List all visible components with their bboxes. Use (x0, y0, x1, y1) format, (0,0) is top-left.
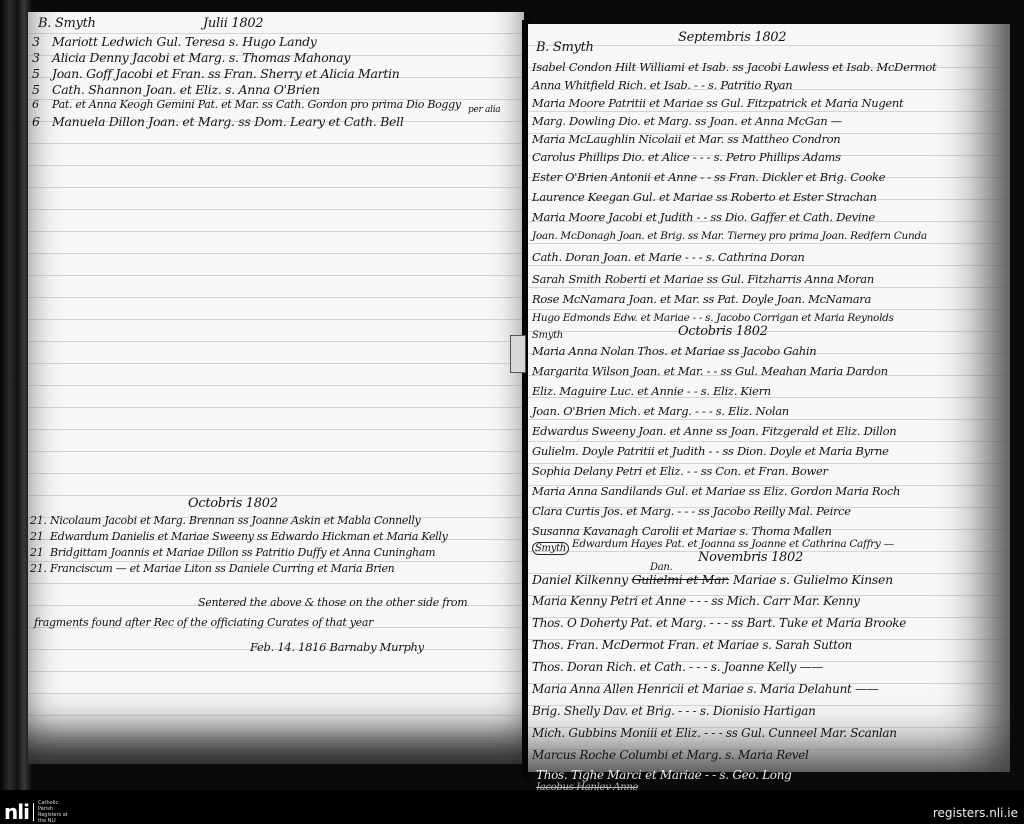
nli-logo[interactable]: nli Catholic Parish Registers at the NLI (4, 800, 74, 824)
site-url[interactable]: registers.nli.ie (933, 806, 1018, 820)
register-entry: Maria Anna Sandilands Gul. et Mariae ss … (532, 484, 900, 498)
register-entry: 21.Nicolaum Jacobi et Marg. Brennan ss J… (30, 514, 420, 527)
register-entry: 21Edwardum Danielis et Mariae Sweeny ss … (30, 530, 448, 543)
register-entry: 21Bridgittam Joannis et Mariae Dillon ss… (30, 546, 435, 559)
viewer-footer (0, 790, 1024, 824)
register-entry: Margarita Wilson Joan. et Mar. - - ss Gu… (532, 364, 888, 378)
register-entry: Eliz. Maguire Luc. et Annie - - s. Eliz.… (532, 384, 771, 398)
register-entry: 5Cath. Shannon Joan. et Eliz. s. Anna O'… (32, 82, 320, 97)
register-entry: Brig. Shelly Dav. et Brig. - - - s. Dion… (532, 704, 816, 718)
register-entry: Edwardum Hayes Pat. et Joanna ss Joanne … (572, 538, 894, 550)
register-entry: Thos. Doran Rich. et Cath. - - - s. Joan… (532, 660, 823, 674)
register-entry: Marg. Dowling Dio. et Marg. ss Joan. et … (532, 114, 842, 128)
register-entry: Sarah Smith Roberti et Mariae ss Gul. Fi… (532, 272, 874, 286)
register-entry: Mich. Gubbins Moniii et Eliz. - - - ss G… (532, 726, 897, 740)
register-entry: Isabel Condon Hilt Williami et Isab. ss … (532, 60, 936, 74)
register-entry: Maria Moore Patritii et Mariae ss Gul. F… (532, 96, 903, 110)
register-entry: Clara Curtis Jos. et Marg. - - - ss Jaco… (532, 504, 851, 518)
nli-logo-text: Catholic Parish Registers at the NLI (38, 800, 74, 824)
register-entry: Susanna Kavanagh Carolii et Mariae s. Th… (532, 524, 832, 538)
nli-logo-mark: nli (4, 802, 29, 822)
register-entry: Daniel Kilkenny Gulielmi et Mar. Mariae … (532, 572, 893, 587)
register-entry: Maria Anna Allen Henricii et Mariae s. M… (532, 682, 878, 696)
register-entry: Sophia Delany Petri et Eliz. - - ss Con.… (532, 464, 828, 478)
register-entry: Cath. Doran Joan. et Marie - - - s. Cath… (532, 250, 805, 264)
register-entry: 6Pat. et Anna Keogh Gemini Pat. et Mar. … (32, 98, 461, 111)
register-entry: Anna Whitfield Rich. et Isab. - - s. Pat… (532, 78, 792, 92)
register-entry: 21.Franciscum — et Mariae Liton ss Danie… (30, 562, 394, 575)
register-entry: Maria Anna Nolan Thos. et Mariae ss Jaco… (532, 344, 816, 358)
register-entry: Maria McLaughlin Nicolaii et Mar. ss Mat… (532, 132, 840, 146)
register-entry: Gulielm. Doyle Patritii et Judith - - ss… (532, 444, 889, 458)
left-october-header: Octobris 1802 (188, 496, 278, 511)
page-tab-marker (510, 335, 526, 373)
register-entry: Hugo Edmonds Edw. et Mariae - - s. Jacob… (532, 312, 894, 324)
signature: Feb. 14. 1816 Barnaby Murphy (250, 640, 424, 654)
register-entry: Marcus Roche Columbi et Marg. s. Maria R… (532, 748, 809, 762)
left-month-header: Julii 1802 (203, 16, 263, 31)
register-image-viewer: B. Smyth Julii 1802 3Mariott Ledwich Gul… (0, 0, 1024, 790)
november-header: Novembris 1802 (698, 550, 803, 565)
left-page: B. Smyth Julii 1802 3Mariott Ledwich Gul… (28, 12, 524, 764)
left-priest-header: B. Smyth (38, 16, 96, 31)
register-entry: Ester O'Brien Antonii et Anne - - ss Fra… (532, 170, 885, 184)
register-entry: Joan. McDonagh Joan. et Brig. ss Mar. Ti… (532, 230, 927, 242)
register-entry: 3Mariott Ledwich Gul. Teresa s. Hugo Lan… (32, 34, 317, 49)
register-entry: Joan. O'Brien Mich. et Marg. - - - s. El… (532, 404, 789, 418)
register-entry: Carolus Phillips Dio. et Alice - - - s. … (532, 150, 841, 164)
register-entry: 5Joan. Goff Jacobi et Fran. ss Fran. She… (32, 66, 400, 81)
register-entry: Maria Moore Jacobi et Judith - - ss Dio.… (532, 210, 875, 224)
right-page: B. Smyth Septembris 1802 Isabel Condon H… (528, 24, 1010, 772)
note-line: Sentered the above & those on the other … (198, 596, 467, 609)
note-line: fragments found after Rec of the officia… (34, 616, 373, 629)
margin-priest: Smyth (532, 330, 563, 341)
right-october-header: Octobris 1802 (678, 324, 768, 339)
register-entry: Laurence Keegan Gul. et Mariae ss Robert… (532, 190, 877, 204)
register-entry: Thos. O Doherty Pat. et Marg. - - - ss B… (532, 616, 906, 630)
margin-priest: Smyth (532, 542, 569, 555)
register-entry: Thos. Tighe Marci et Mariae - - s. Geo. … (536, 768, 792, 782)
right-month-header: Septembris 1802 (678, 30, 786, 45)
right-priest-header: B. Smyth (536, 40, 594, 55)
register-entry: 6Manuela Dillon Joan. et Marg. ss Dom. L… (32, 114, 404, 129)
margin-note: per alia (468, 105, 500, 115)
register-entry: Maria Kenny Petri et Anne - - - ss Mich.… (532, 594, 860, 608)
register-entry: Thos. Fran. McDermot Fran. et Mariae s. … (532, 638, 852, 652)
logo-divider (33, 803, 34, 821)
register-entry: Rose McNamara Joan. et Mar. ss Pat. Doyl… (532, 292, 871, 306)
register-entry: 3Alicia Denny Jacobi et Marg. s. Thomas … (32, 50, 350, 65)
register-entry: Edwardus Sweeny Joan. et Anne ss Joan. F… (532, 424, 896, 438)
